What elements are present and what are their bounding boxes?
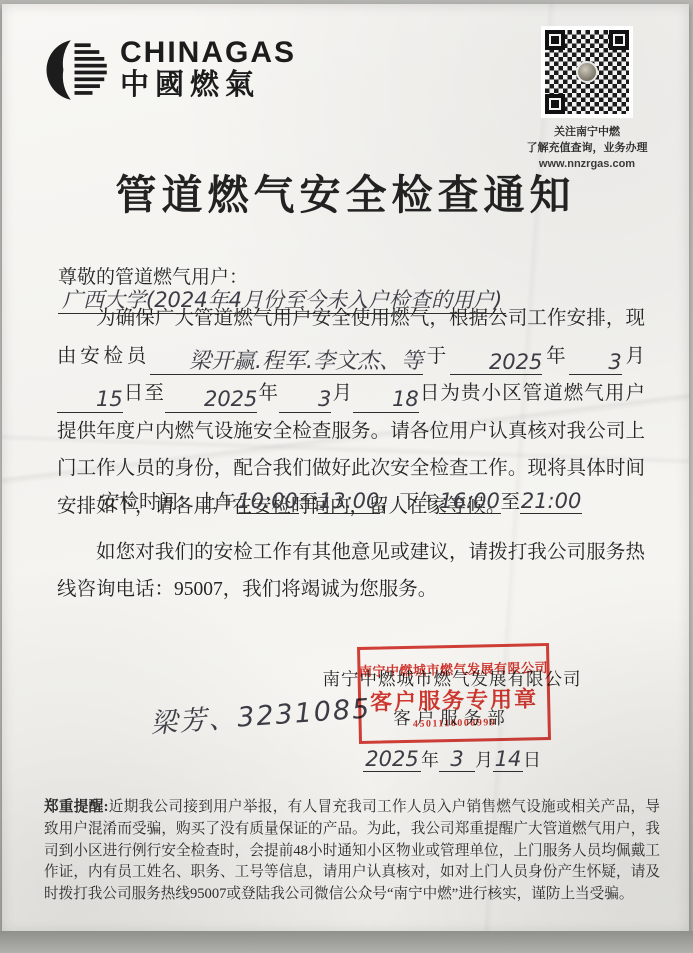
word-zhi: 至 [144,383,165,404]
sign-day-handwritten: 14 [495,747,522,771]
signoff-date-line: 2025年3月14日 [302,746,602,772]
word-year: 年 [542,346,569,367]
qr-finder-icon [545,30,565,50]
qr-finder-icon [609,30,629,50]
word-yu: 于 [423,346,450,367]
logo-brand-en: CHINAGAS [120,38,296,68]
stamp-title: 客户服务专用章 [370,682,539,717]
am-start-handwritten: 10:00 [237,489,298,513]
warning-label: 郑重提醒: [44,799,108,815]
start-month-handwritten: 3 [608,350,621,374]
word-day: 日 [123,383,145,404]
word-to: 至 [299,492,319,513]
qr-caption-line1: 关注南宁中燃 [523,124,651,140]
qr-panel: 关注南宁中燃 了解充值查询，业务办理 www.nnzrgas.com [523,26,651,172]
table-surface [0,931,693,953]
am-label: 上午 [198,492,237,513]
separator: ， [380,492,400,513]
start-year-handwritten: 2025 [489,350,542,374]
word-month: 月 [622,346,645,367]
photo-background: CHINAGAS 中國燃氣 关注南宁中燃 了解充值查询，业务办理 www.nnz… [0,0,693,953]
qr-code-icon [541,26,633,118]
sign-year-handwritten: 2025 [365,747,418,771]
end-month-handwritten: 3 [318,387,331,411]
word-month: 月 [331,383,353,404]
sign-month-handwritten: 3 [450,747,463,771]
word-day: 日 [523,750,541,770]
pm-end-handwritten: 21:00 [521,489,582,513]
end-day-handwritten: 18 [392,387,419,411]
greeting-label: 尊敬的管道燃气用户： [58,267,248,288]
chinagas-logo: CHINAGAS 中國燃氣 [46,38,296,102]
word-month: 月 [475,750,493,770]
chinagas-globe-icon [46,39,108,101]
feedback-paragraph: 如您对我们的安检工作有其他意见或建议，请拨打我公司服务热线咨询电话：95007，… [57,534,645,608]
schedule-label: 安检时间： [100,492,198,513]
am-end-handwritten: 13:00 [319,489,380,513]
stamp-company-name: 南宁中燃城市燃气发展有限公司 [359,657,548,680]
logo-brand-cn: 中國燃氣 [120,68,296,102]
word-year: 年 [421,750,439,770]
stamp-code: 4501110008999 [413,717,497,730]
start-day-handwritten: 15 [96,387,123,411]
logo-text: CHINAGAS 中國燃氣 [120,38,296,102]
notice-title: 管道燃气安全检查通知 [2,162,689,221]
word-to: 至 [501,492,521,513]
word-year: 年 [257,383,279,404]
qr-caption-line2: 了解充值查询，业务办理 [523,140,651,156]
qr-finder-icon [545,94,565,114]
qr-center-logo-icon [576,61,598,83]
notice-paper: CHINAGAS 中國燃氣 关注南宁中燃 了解充值查询，业务办理 www.nnz… [2,4,689,933]
inspector-names-handwritten: 梁开赢.程军.李文杰、等 [189,349,423,374]
inspection-time-line: 安检时间：上午10:00至13:00，下午16:00至21:00 [100,486,582,514]
pm-label: 下午 [400,492,439,513]
pm-start-handwritten: 16:00 [439,489,500,513]
warning-paragraph: 郑重提醒:近期我公司接到用户举报，有人冒充我司工作人员入户销售燃气设施或相关产品… [44,797,660,906]
end-year-handwritten: 2025 [204,387,257,411]
warning-text: 近期我公司接到用户举报，有人冒充我司工作人员入户销售燃气设施或相关产品，导致用户… [44,799,660,902]
company-seal-stamp: 南宁中燃城市燃气发展有限公司 客户服务专用章 4501110008999 [357,643,551,744]
